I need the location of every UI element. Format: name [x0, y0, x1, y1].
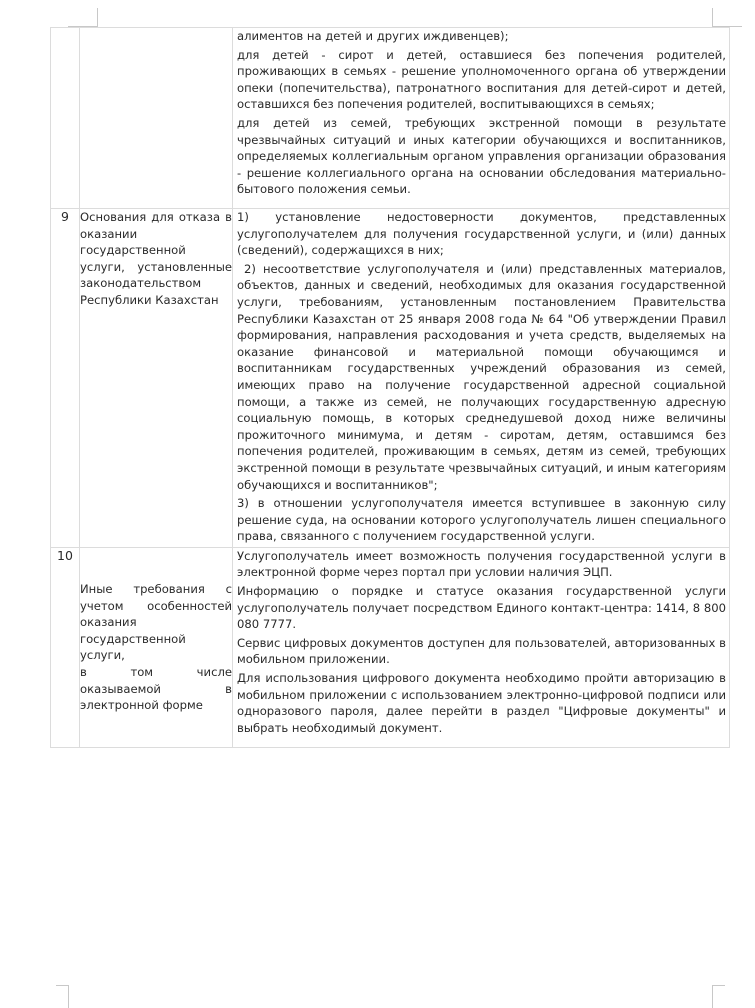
row-content: Услугополучатель имеет возможность получ…	[233, 547, 730, 747]
row-content: 1) установление недостоверности документ…	[233, 209, 730, 548]
table-row: 9 Основания для отказа в оказании госуда…	[51, 209, 730, 548]
row-content: алиментов на детей и других иждивенцев);…	[233, 28, 730, 209]
row-label-line: государственной услуги,	[80, 631, 232, 664]
row-label-line: Иные требования с	[80, 581, 232, 598]
content-paragraph: алиментов на детей и других иждивенцев);	[233, 28, 729, 45]
crop-mark-top-right	[712, 8, 742, 27]
row-label: Основания для отказа в оказании государс…	[80, 209, 233, 548]
row-label-line: в том числе	[80, 664, 232, 681]
row-label-text: Иные требования сучетом особенностейоказ…	[80, 581, 232, 714]
row-number	[51, 28, 80, 209]
content-paragraph: 1) установление недостоверности документ…	[233, 209, 729, 259]
crop-mark-bottom-right	[712, 985, 725, 1008]
service-standard-table: алиментов на детей и других иждивенцев);…	[50, 27, 730, 748]
content-paragraph: 2) несоответствие услугополучателя и (ил…	[233, 261, 729, 493]
row-label-line: оказываемой в	[80, 681, 232, 698]
row-number: 9	[51, 209, 80, 548]
row-label	[80, 28, 233, 209]
content-paragraph: 3) в отношении услугополучателя имеется …	[233, 495, 729, 545]
content-paragraph: для детей из семей, требующих экстренной…	[233, 115, 729, 198]
content-paragraph: Информацию о порядке и статусе оказания …	[233, 583, 729, 633]
crop-mark-top-left	[68, 8, 98, 27]
row-number: 10	[51, 547, 80, 747]
content-paragraph: Услугополучатель имеет возможность получ…	[233, 548, 729, 581]
content-paragraph: Для использования цифрового документа не…	[233, 670, 729, 736]
crop-mark-bottom-left	[56, 985, 69, 1008]
content-paragraph: Сервис цифровых документов доступен для …	[233, 635, 729, 668]
table-row: алиментов на детей и других иждивенцев);…	[51, 28, 730, 209]
content-paragraph: для детей - сирот и детей, оставшиеся бе…	[233, 47, 729, 113]
row-label-line: электронной форме	[80, 697, 232, 714]
row-label-line: оказания	[80, 614, 232, 631]
table-row: 10 Иные требования сучетом особенностейо…	[51, 547, 730, 747]
row-label: Иные требования сучетом особенностейоказ…	[80, 547, 233, 747]
row-label-line: учетом особенностей	[80, 598, 232, 615]
